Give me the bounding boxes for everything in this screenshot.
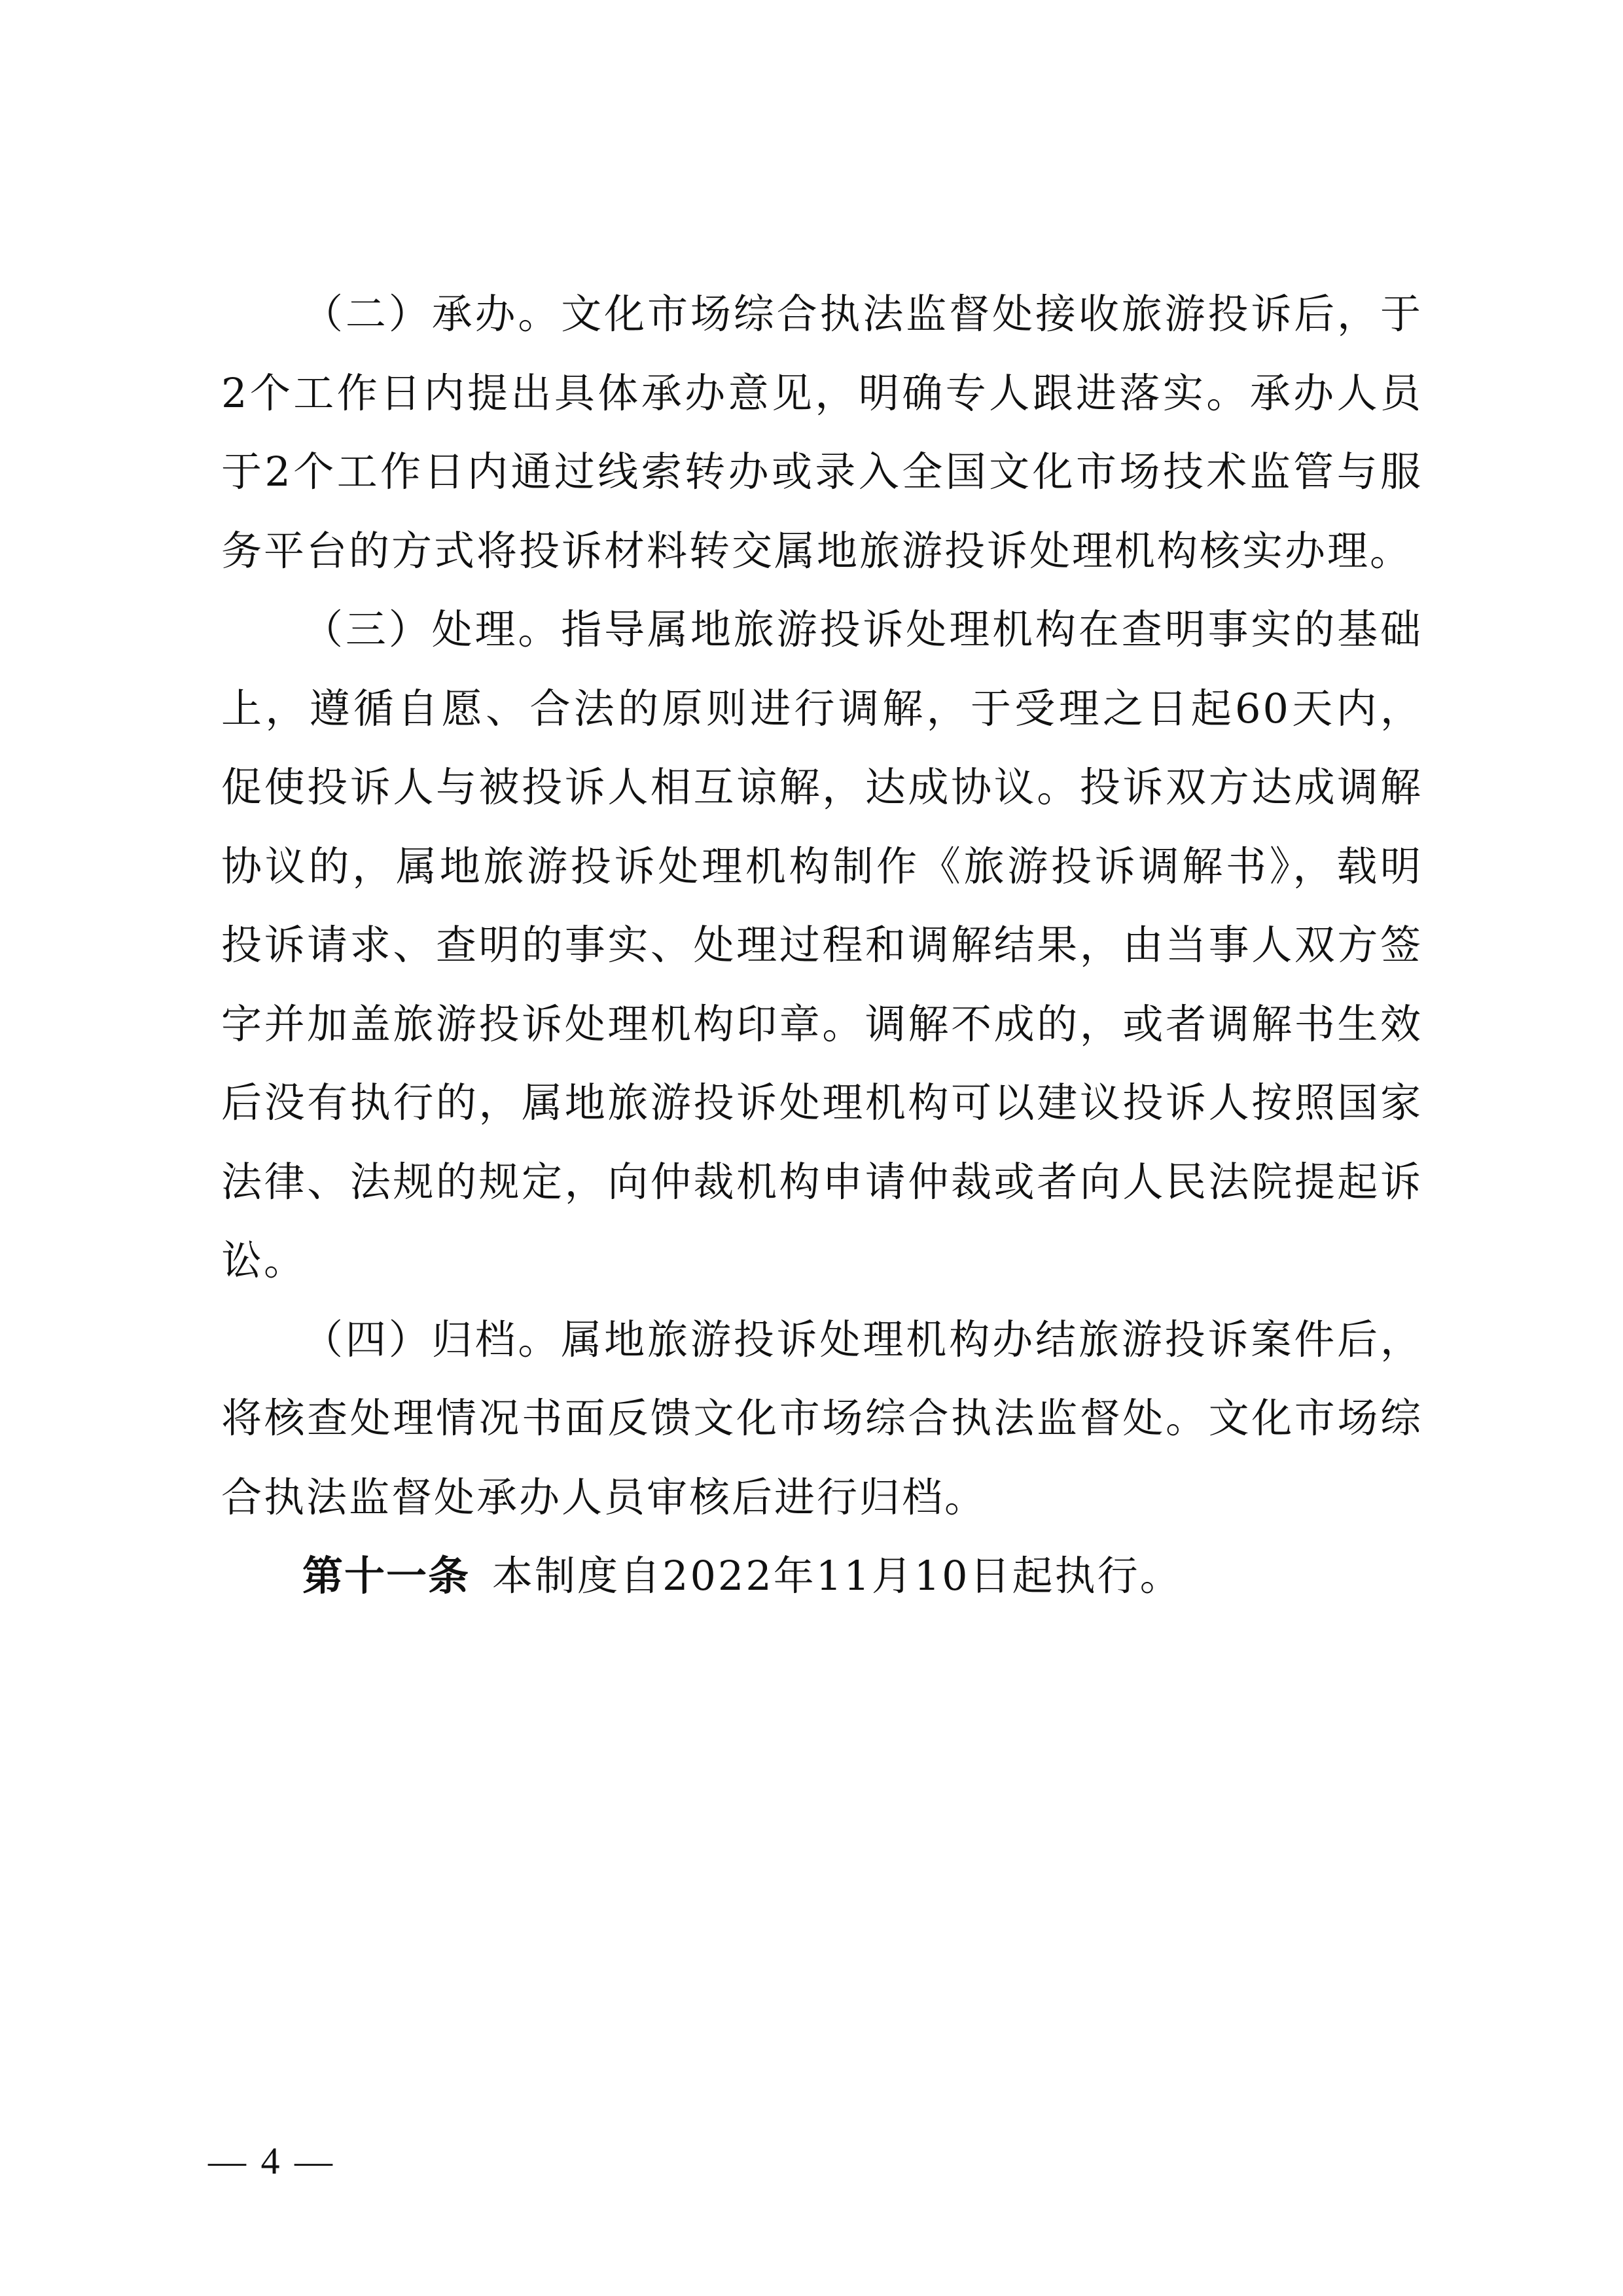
paragraph-processing: （三）处理。指导属地旅游投诉处理机构在查明事实的基础上，遵循自愿、合法的原则进行…: [221, 590, 1423, 1300]
page-number: — 4 —: [208, 2139, 335, 2183]
article-eleven: 第十一条本制度自2022年11月10日起执行。: [221, 1537, 1423, 1616]
paragraph-archiving: （四）归档。属地旅游投诉处理机构办结旅游投诉案件后，将核查处理情况书面反馈文化市…: [221, 1300, 1423, 1537]
article-heading: 第十一条: [302, 1552, 470, 1600]
paragraph-acceptance-handling: （二）承办。文化市场综合执法监督处接收旅游投诉后，于2个工作日内提出具体承办意见…: [221, 275, 1423, 590]
document-body: （二）承办。文化市场综合执法监督处接收旅游投诉后，于2个工作日内提出具体承办意见…: [221, 275, 1423, 1616]
article-text: 本制度自2022年11月10日起执行。: [492, 1552, 1183, 1600]
document-page: （二）承办。文化市场综合执法监督处接收旅游投诉后，于2个工作日内提出具体承办意见…: [0, 0, 1623, 2296]
